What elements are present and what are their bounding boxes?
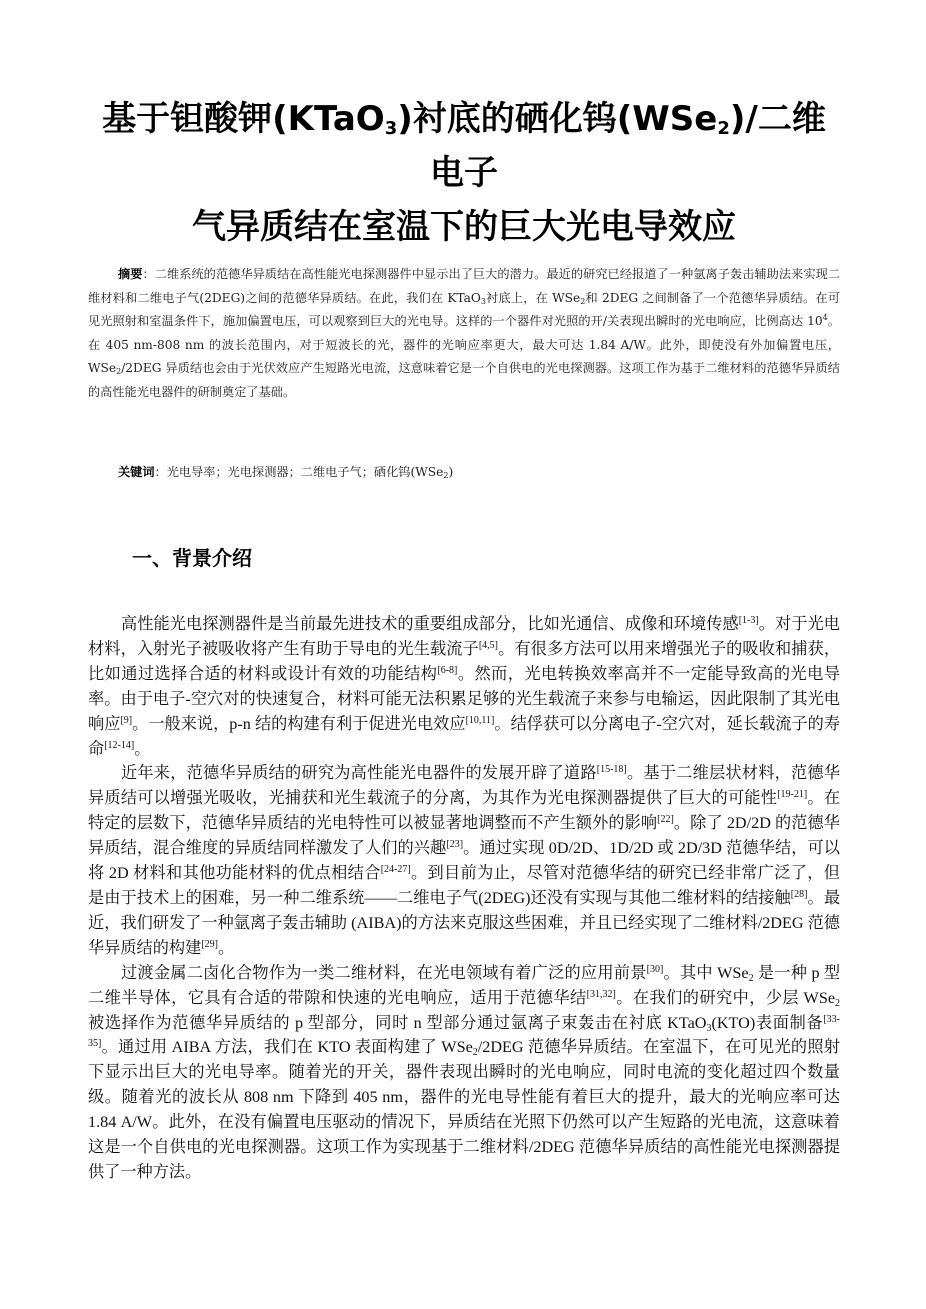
abstract-colon: ： <box>142 267 154 281</box>
body-text: 。 <box>218 939 234 957</box>
section-heading: 一、背景介绍 <box>132 543 252 573</box>
title-subscript: 3 <box>385 118 398 139</box>
body-text: (KTO)表面制备 <box>711 1014 823 1032</box>
body-paragraph-1: 高性能光电探测器件是当前最先进技术的重要组成部分，比如光通信、成像和环境传感[1… <box>88 612 840 761</box>
keywords-text: 光电导率；光电探测器；二维电子气；硒化钨(WSe <box>167 465 444 479</box>
title-line-2: 气异质结在室温下的巨大光电导效应 <box>192 207 736 247</box>
citation: [23] <box>446 839 463 850</box>
body-text: 。其中 WSe <box>663 964 748 982</box>
citation: [10,11] <box>466 715 495 726</box>
citation: [24-27] <box>381 864 411 875</box>
keywords-colon: ： <box>155 465 167 479</box>
title-text: 基于钽酸钾(KTaO <box>102 99 385 139</box>
citation: [9] <box>120 715 132 726</box>
abstract: 摘要：二维系统的范德华异质结在高性能光电探测器件中显示出了巨大的潜力。最近的研究… <box>88 263 840 404</box>
citation: [30] <box>647 964 664 975</box>
body-text: 。一般来说，p-n 结的构建有利于促进光电效应 <box>132 715 466 733</box>
citation: [1-3] <box>739 615 759 626</box>
abstract-label: 摘要 <box>118 267 142 281</box>
body-text: 过渡金属二卤化合物作为一类二维材料，在光电领域有着广泛的应用前景 <box>121 964 647 982</box>
citation: [15-18] <box>597 764 627 775</box>
body-text: 。通过用 AIBA 方法，我们在 KTO 表面构建了 WSe <box>101 1038 472 1056</box>
citation: [29] <box>201 939 218 950</box>
keywords-text: ) <box>448 465 453 479</box>
body-text: 被选择作为范德华异质结的 p 型部分，同时 n 型部分通过氩离子束轰击在衬底 K… <box>88 1014 706 1032</box>
body-text: /2DEG 范德华异质结。在室温下，在可见光的照射下显示出巨大的光电导率。随着光… <box>88 1038 840 1181</box>
title-line-1: 基于钽酸钾(KTaO3)衬底的硒化钨(WSe2)/二维电子 <box>102 99 826 193</box>
body-text: 。 <box>134 740 150 758</box>
citation: [19-21] <box>777 789 807 800</box>
body-text: 近年来，范德华异质结的研究为高性能光电器件的发展开辟了道路 <box>121 764 597 782</box>
subscript: 2 <box>835 998 840 1009</box>
citation: [6-8] <box>437 665 457 676</box>
title-text: )衬底的硒化钨(WSe <box>397 99 717 139</box>
body-text: 。在我们的研究中，少层 WSe <box>616 989 835 1007</box>
citation: [4,5] <box>479 640 498 651</box>
body-text: 高性能光电探测器件是当前最先进技术的重要组成部分，比如光通信、成像和环境传感 <box>121 615 739 633</box>
keywords: 关键词：光电导率；光电探测器；二维电子气；硒化钨(WSe2) <box>118 461 838 484</box>
paper-title: 基于钽酸钾(KTaO3)衬底的硒化钨(WSe2)/二维电子 气异质结在室温下的巨… <box>88 92 840 254</box>
abstract-text: /2DEG 异质结也会由于光伏效应产生短路光电流，这意味着它是一个自供电的光电探… <box>88 361 840 399</box>
citation: [22] <box>657 814 674 825</box>
body-paragraph-3: 过渡金属二卤化合物作为一类二维材料，在光电领域有着广泛的应用前景[30]。其中 … <box>88 961 840 1185</box>
keywords-label: 关键词 <box>118 465 155 479</box>
citation: [28] <box>791 889 808 900</box>
abstract-text: 衬底上，在 WSe <box>486 291 580 305</box>
citation: [12-14] <box>104 740 134 751</box>
section-body: 高性能光电探测器件是当前最先进技术的重要组成部分，比如光通信、成像和环境传感[1… <box>88 612 840 1185</box>
body-paragraph-2: 近年来，范德华异质结的研究为高性能光电器件的发展开辟了道路[15-18]。基于二… <box>88 761 840 960</box>
citation: [31,32] <box>587 989 616 1000</box>
title-subscript: 2 <box>717 118 730 139</box>
